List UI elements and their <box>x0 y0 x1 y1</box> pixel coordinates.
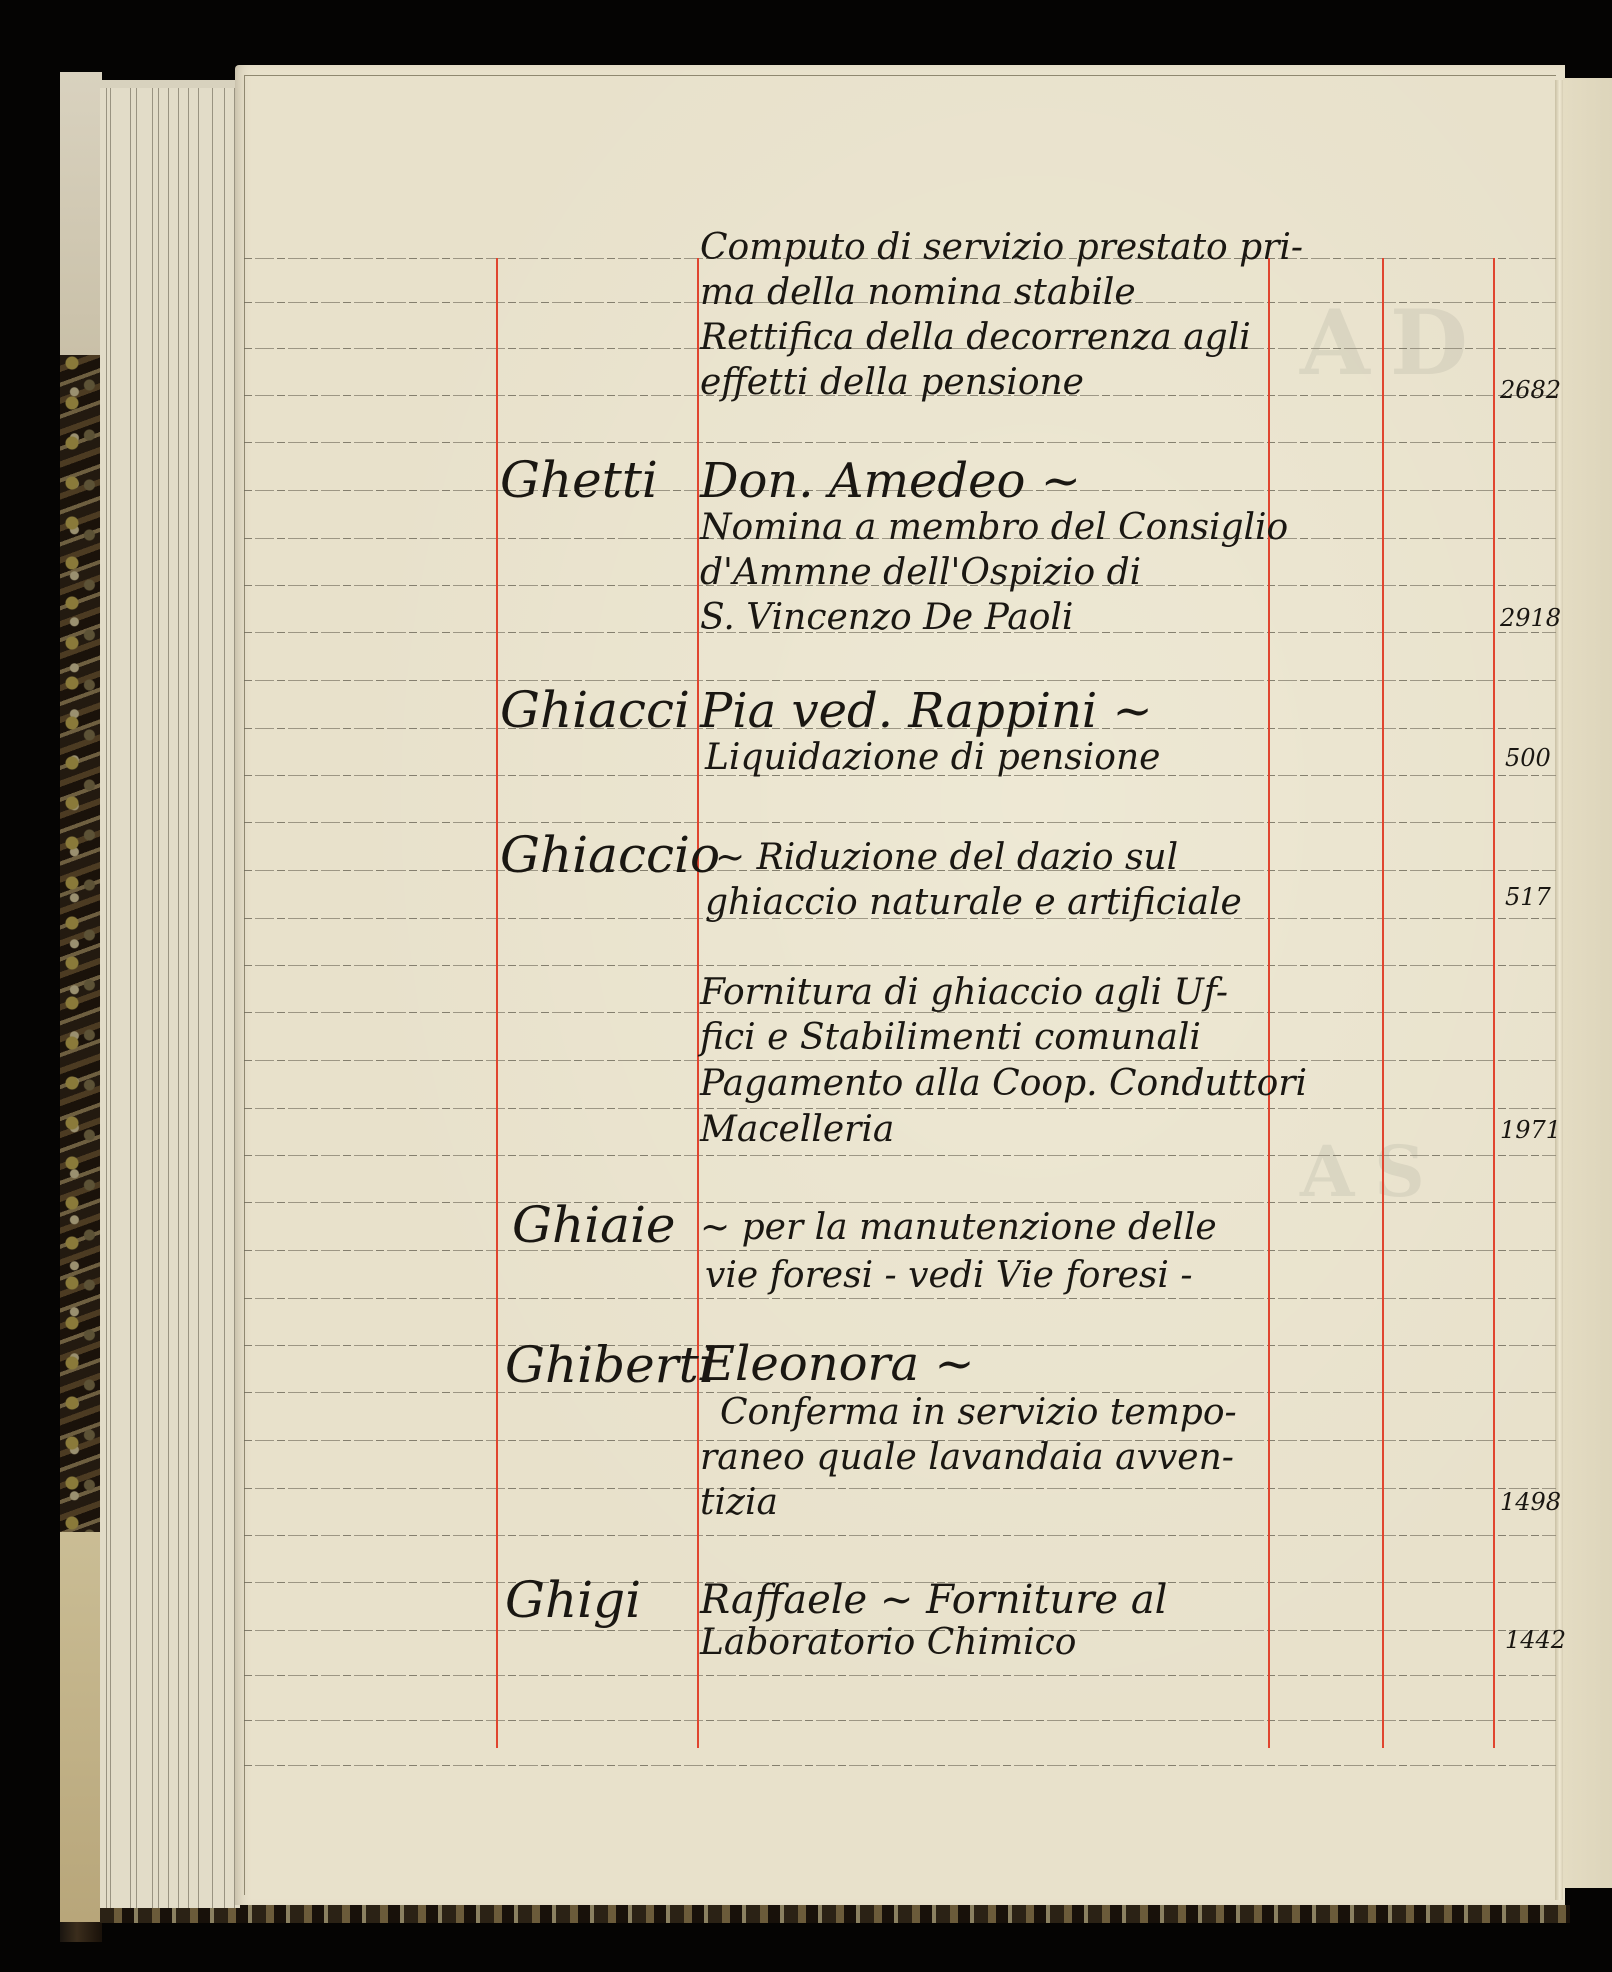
ruled-line <box>244 1535 1556 1536</box>
entry-reference-number: 2918 <box>1500 606 1561 630</box>
entry-line: Pagamento alla Coop. Conduttori <box>700 1066 1307 1102</box>
red-column-rule-mid <box>1382 258 1384 1748</box>
red-column-rule-key <box>496 258 498 1748</box>
entry-line: d'Ammne dell'Ospizio di <box>700 555 1141 591</box>
entry-line: Fornitura di ghiaccio agli Uf- <box>700 975 1228 1011</box>
entry-line: fici e Stabilimenti comunali <box>700 1020 1201 1056</box>
page-frame-top <box>244 75 1556 76</box>
entry-line: ma della nomina stabile <box>700 275 1136 311</box>
red-column-rule-ref <box>1493 258 1495 1748</box>
entry-keyword: Ghiberti <box>505 1340 715 1390</box>
entry-name: ~ Riduzione del dazio sul <box>715 840 1178 876</box>
entry-name: Don. Amedeo ~ <box>700 457 1081 505</box>
entry-line: Nomina a membro del Consiglio <box>700 510 1288 546</box>
entry-line: Conferma in servizio tempo- <box>720 1395 1237 1431</box>
entry-keyword: Ghetti <box>500 455 658 505</box>
ruled-line <box>244 1250 1556 1251</box>
facing-page-edge <box>1563 78 1612 1888</box>
show-through-text: AD <box>1300 290 1488 396</box>
ruled-line <box>244 1765 1556 1766</box>
entry-name: ~ per la manutenzione delle <box>700 1210 1217 1246</box>
cover-marbled-paper <box>60 355 102 1535</box>
cover-marbled-bottom-edge <box>100 1905 1570 1923</box>
entry-name: Raffaele ~ Forniture al <box>700 1580 1167 1620</box>
page-stack <box>100 88 240 1908</box>
entry-name: Pia ved. Rappini ~ <box>700 687 1153 735</box>
entry-line: vie foresi - vedi Vie foresi - <box>705 1258 1193 1294</box>
cover-vellum-corner-bottom <box>60 1532 102 1922</box>
show-through-text: AS <box>1300 1130 1445 1213</box>
entry-line: ghiaccio naturale e artificiale <box>705 885 1242 921</box>
entry-line: S. Vincenzo De Paoli <box>700 600 1073 636</box>
entry-line: tizia <box>700 1485 778 1521</box>
entry-keyword: Ghigi <box>505 1575 641 1625</box>
ruled-line <box>244 1298 1556 1299</box>
entry-line: Computo di servizio prestato pri- <box>700 230 1303 266</box>
ruled-line <box>244 1060 1556 1061</box>
red-column-rule-description <box>697 258 699 1748</box>
entry-keyword: Ghiaie <box>512 1200 676 1250</box>
entry-line: Rettifica della decorrenza agli <box>700 320 1251 356</box>
entry-line: effetti della pensione <box>700 365 1084 401</box>
ruled-line <box>244 1675 1556 1676</box>
entry-line: Macelleria <box>700 1112 894 1148</box>
cover-vellum-corner-top <box>60 72 102 357</box>
ruled-line <box>244 680 1556 681</box>
entry-name: Eleonora ~ <box>700 1340 975 1388</box>
ruled-line <box>244 1488 1556 1489</box>
entry-reference-number: 1971 <box>1500 1118 1561 1142</box>
entry-line: Laboratorio Chimico <box>700 1625 1076 1661</box>
red-column-rule-desc-end <box>1268 258 1270 1748</box>
entry-reference-number: 1442 <box>1505 1628 1566 1652</box>
entry-keyword: Ghiaccio <box>500 830 720 880</box>
entry-keyword: Ghiacci <box>500 685 690 735</box>
entry-reference-number: 1498 <box>1500 1490 1561 1514</box>
ruled-line <box>244 1202 1556 1203</box>
entry-reference-number: 500 <box>1505 746 1551 770</box>
ruled-line <box>244 1108 1556 1109</box>
entry-reference-number: 517 <box>1505 885 1551 909</box>
ruled-line <box>244 965 1556 966</box>
ruled-line <box>244 1720 1556 1721</box>
entry-line: raneo quale lavandaia avven- <box>700 1440 1234 1476</box>
entry-line: Liquidazione di pensione <box>705 740 1160 776</box>
ruled-line <box>244 822 1556 823</box>
ruled-line <box>244 1155 1556 1156</box>
entry-reference-number: 2682 <box>1500 378 1561 402</box>
ruled-line <box>244 442 1556 443</box>
